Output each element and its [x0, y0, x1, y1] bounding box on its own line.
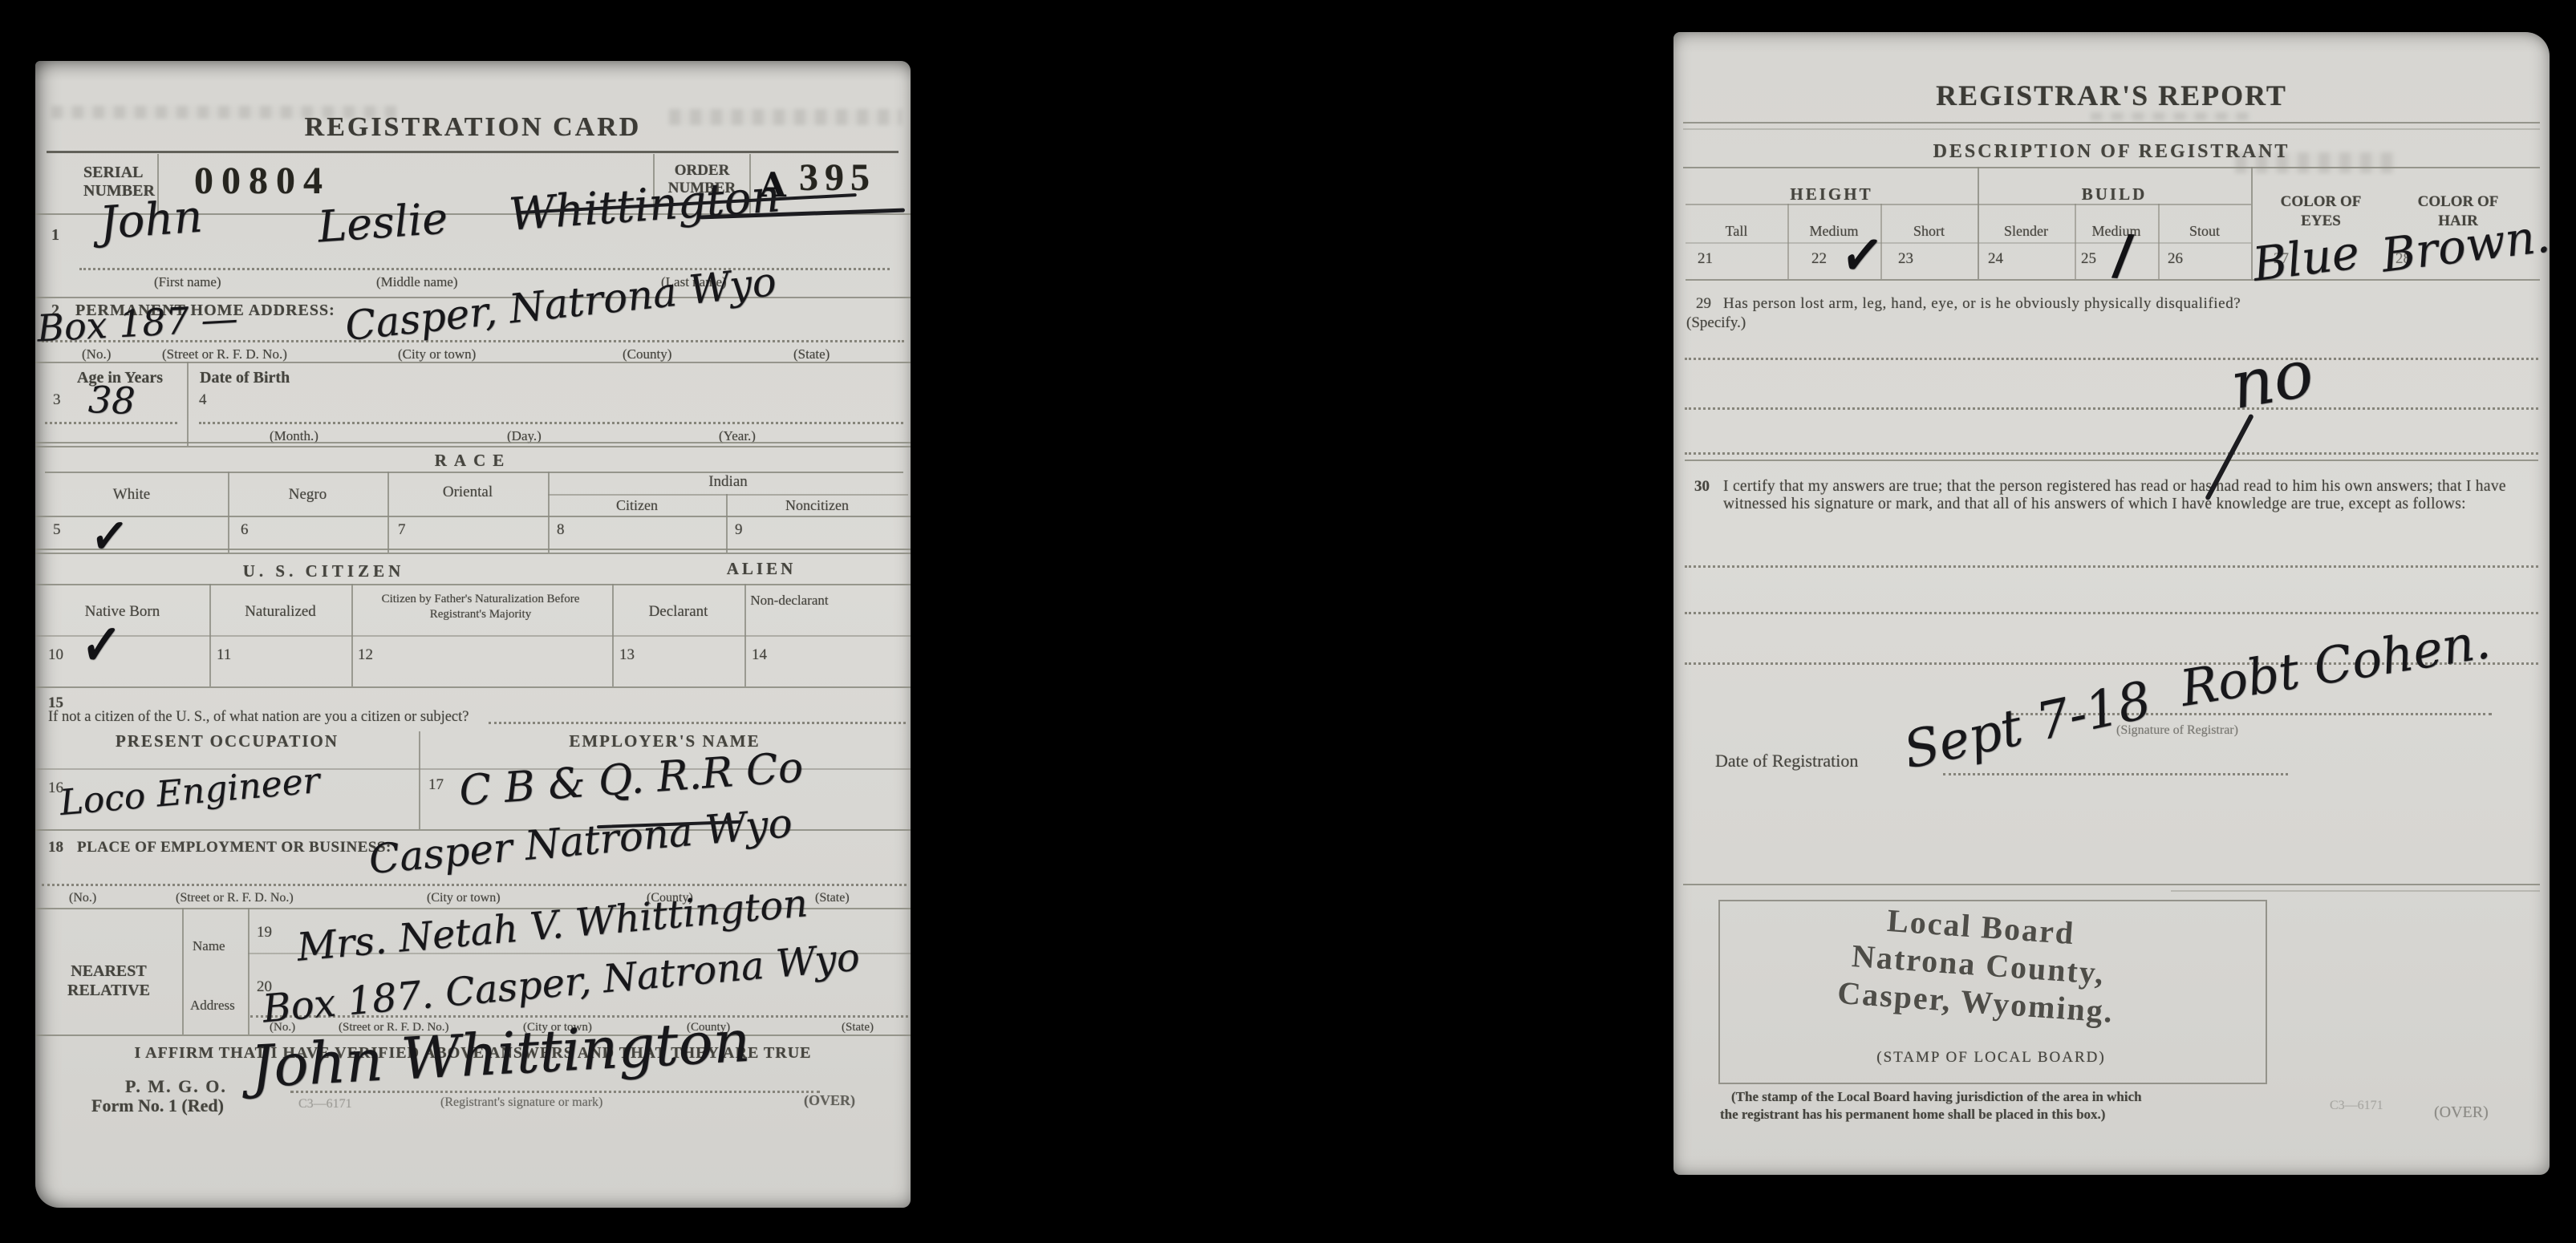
q18-caption-state: (State)	[815, 891, 850, 905]
date-of-registration-label: Date of Registration	[1715, 751, 1858, 771]
middle-name-caption: (Middle name)	[376, 274, 458, 290]
item-number-29: 29	[1696, 295, 1711, 313]
name-middle-handwriting: Leslie	[316, 192, 449, 252]
dob-label: Date of Birth	[200, 369, 290, 387]
q30-text: I certify that my answers are true; that…	[1723, 478, 2527, 514]
addr-caption-county: (County)	[623, 346, 671, 362]
registrant-signature-caption: (Registrant's signature or mark)	[440, 1095, 602, 1110]
cit-num-13: 13	[619, 646, 635, 664]
dotted-line	[1685, 612, 2538, 614]
name-first-handwriting: John	[98, 191, 205, 250]
stamp-note-line-2: the registrant has his permanent home sh…	[1720, 1107, 2105, 1123]
race-col-white: White	[35, 486, 228, 504]
citizen-by-father-label: Citizen by Father's Naturalization Befor…	[356, 592, 605, 622]
race-col-negro: Negro	[228, 486, 387, 504]
dotted-line	[1685, 452, 2538, 455]
q18-caption-no: (No.)	[69, 891, 96, 905]
native-born-checkmark: ✓	[79, 609, 123, 680]
dotted-line	[489, 722, 906, 724]
registration-date-handwriting: Sept 7-18	[1899, 670, 2156, 780]
divider	[187, 362, 189, 446]
address-city-handwriting: Casper, Natrona Wyo	[343, 258, 778, 350]
item-number-19: 19	[257, 924, 272, 941]
race-col-indian-citizen: Citizen	[548, 497, 726, 514]
rule	[1683, 122, 2540, 123]
race-num-6: 6	[241, 521, 249, 539]
desc-num-22: 22	[1811, 250, 1827, 268]
place-of-employment-label: PLACE OF EMPLOYMENT OR BUSINESS:	[77, 839, 391, 856]
item-number-1: 1	[51, 226, 59, 245]
serial-number-value: 00804	[194, 159, 331, 203]
rule	[1686, 242, 2251, 244]
registrar-signature-handwriting: Robt Cohen.	[2176, 611, 2494, 718]
race-num-9: 9	[735, 521, 743, 539]
registrars-report-back: REGISTRAR'S REPORT DESCRIPTION OF REGIST…	[1673, 32, 2550, 1175]
alien-header: ALIEN	[612, 559, 911, 579]
rule	[35, 549, 911, 550]
rule	[35, 516, 911, 517]
nearest-relative-label-1: NEAREST	[35, 962, 182, 981]
desc-num-21: 21	[1698, 250, 1713, 268]
height-short-label: Short	[1880, 223, 1978, 240]
bleed-smudge	[2235, 152, 2395, 173]
rule	[35, 635, 911, 637]
divider	[2075, 204, 2076, 279]
first-name-caption: (First name)	[154, 274, 221, 290]
q29-specify-label: (Specify.)	[1686, 314, 1746, 332]
race-title: RACE	[35, 451, 911, 471]
rule	[47, 151, 899, 153]
rule	[1683, 884, 2540, 885]
relative-address-label: Address	[190, 998, 235, 1014]
age-value-handwriting: 38	[87, 378, 136, 423]
build-header: BUILD	[1978, 184, 2251, 204]
desc-num-23: 23	[1898, 250, 1913, 268]
race-col-oriental: Oriental	[387, 484, 548, 501]
item-number-30: 30	[1694, 478, 1710, 496]
race-col-indian-noncitizen: Noncitizen	[726, 497, 908, 514]
dotted-line	[1685, 407, 2538, 410]
registration-card-front: REGISTRATION CARD SERIAL NUMBER 00804 OR…	[35, 61, 911, 1208]
over-label: (OVER)	[804, 1092, 855, 1109]
race-num-5: 5	[53, 521, 61, 539]
divider	[182, 908, 184, 1034]
relative-name-label: Name	[193, 938, 225, 954]
divider	[1787, 204, 1789, 279]
place-of-employment-handwriting: Casper Natrona Wyo	[367, 800, 793, 883]
rule	[2171, 890, 2540, 892]
order-number-value: 395	[799, 156, 876, 200]
race-col-indian: Indian	[548, 473, 908, 491]
rule	[548, 494, 908, 496]
desc-num-25: 25	[2081, 250, 2096, 268]
q29-answer-handwriting: no	[2225, 335, 2319, 424]
race-num-8: 8	[557, 521, 565, 539]
divider	[419, 731, 420, 829]
q18-caption-city: (City or town)	[427, 891, 501, 905]
cit-num-10: 10	[48, 646, 63, 664]
addr-caption-street: (Street or R. F. D. No.)	[162, 346, 287, 362]
build-medium-checkmark: /	[2111, 222, 2135, 288]
dotted-line	[1943, 773, 2288, 775]
rule	[1683, 128, 2540, 130]
build-slender-label: Slender	[1978, 223, 2075, 240]
q15-text: If not a citizen of the U. S., of what n…	[48, 709, 469, 726]
rule	[1686, 204, 2251, 205]
form-number-label: Form No. 1 (Red)	[91, 1095, 224, 1116]
cit-num-11: 11	[217, 646, 231, 664]
description-subtitle: DESCRIPTION OF REGISTRANT	[1673, 141, 2550, 163]
desc-num-24: 24	[1988, 250, 2003, 268]
rule	[35, 584, 911, 585]
item-number-3: 3	[53, 391, 61, 409]
form-code: C3—6171	[2330, 1099, 2383, 1113]
q29-text: Has person lost arm, leg, hand, eye, or …	[1723, 295, 2241, 313]
card-title: REGISTRATION CARD	[35, 112, 911, 143]
height-medium-checkmark: ✓	[1837, 220, 1886, 292]
nearest-relative-label-2: RELATIVE	[35, 982, 182, 1000]
race-white-checkmark: ✓	[88, 504, 131, 567]
rule	[1685, 460, 2538, 461]
divider	[2158, 204, 2160, 279]
desc-num-26: 26	[2168, 250, 2183, 268]
cit-num-12: 12	[358, 646, 373, 664]
item-number-18: 18	[48, 839, 63, 856]
item-number-4: 4	[199, 391, 207, 409]
naturalized-label: Naturalized	[209, 603, 351, 621]
height-header: HEIGHT	[1686, 184, 1978, 204]
q18-caption-street: (Street or R. F. D. No.)	[176, 891, 294, 905]
non-declarant-label: Non-declarant	[749, 593, 830, 609]
addr-caption-state: (State)	[793, 346, 830, 362]
dotted-line	[1685, 565, 2538, 568]
divider	[248, 908, 249, 1034]
employers-name-header: EMPLOYER'S NAME	[419, 731, 911, 751]
dotted-line	[1685, 358, 2538, 360]
rule	[35, 686, 911, 688]
stamp-note-line-1: (The stamp of the Local Board having jur…	[1731, 1089, 2142, 1105]
form-code: C3—6171	[298, 1097, 352, 1111]
over-label: (OVER)	[2434, 1103, 2489, 1122]
dotted-line	[199, 422, 903, 424]
rule	[35, 446, 911, 447]
rule	[1683, 167, 2540, 168]
pmgo-label: P. M. G. O.	[125, 1076, 227, 1097]
addr-caption-city: (City or town)	[398, 346, 476, 362]
race-num-7: 7	[398, 521, 406, 539]
rule	[35, 442, 911, 443]
scanned-draft-card-page: { "front": { "title": "REGISTRATION CARD…	[0, 0, 2576, 1243]
declarant-label: Declarant	[612, 603, 744, 621]
bleed-smudge	[2091, 112, 2251, 120]
cit-num-14: 14	[752, 646, 767, 664]
stamp-of-local-board-caption: (STAMP OF LOCAL BOARD)	[1718, 1049, 2264, 1067]
eyes-color-handwriting: Blue	[2249, 225, 2362, 292]
divider	[228, 472, 229, 553]
rule	[35, 553, 911, 554]
present-occupation-header: PRESENT OCCUPATION	[35, 731, 419, 751]
report-title: REGISTRAR'S REPORT	[1673, 79, 2550, 112]
dotted-line	[45, 422, 177, 424]
rel-caption-state: (State)	[842, 1021, 874, 1034]
build-stout-label: Stout	[2158, 223, 2251, 240]
item-number-17: 17	[428, 776, 444, 794]
addr-caption-no: (No.)	[82, 346, 111, 362]
height-tall-label: Tall	[1686, 223, 1787, 240]
hair-color-handwriting: Brown.	[2379, 208, 2553, 282]
rule	[35, 362, 911, 363]
